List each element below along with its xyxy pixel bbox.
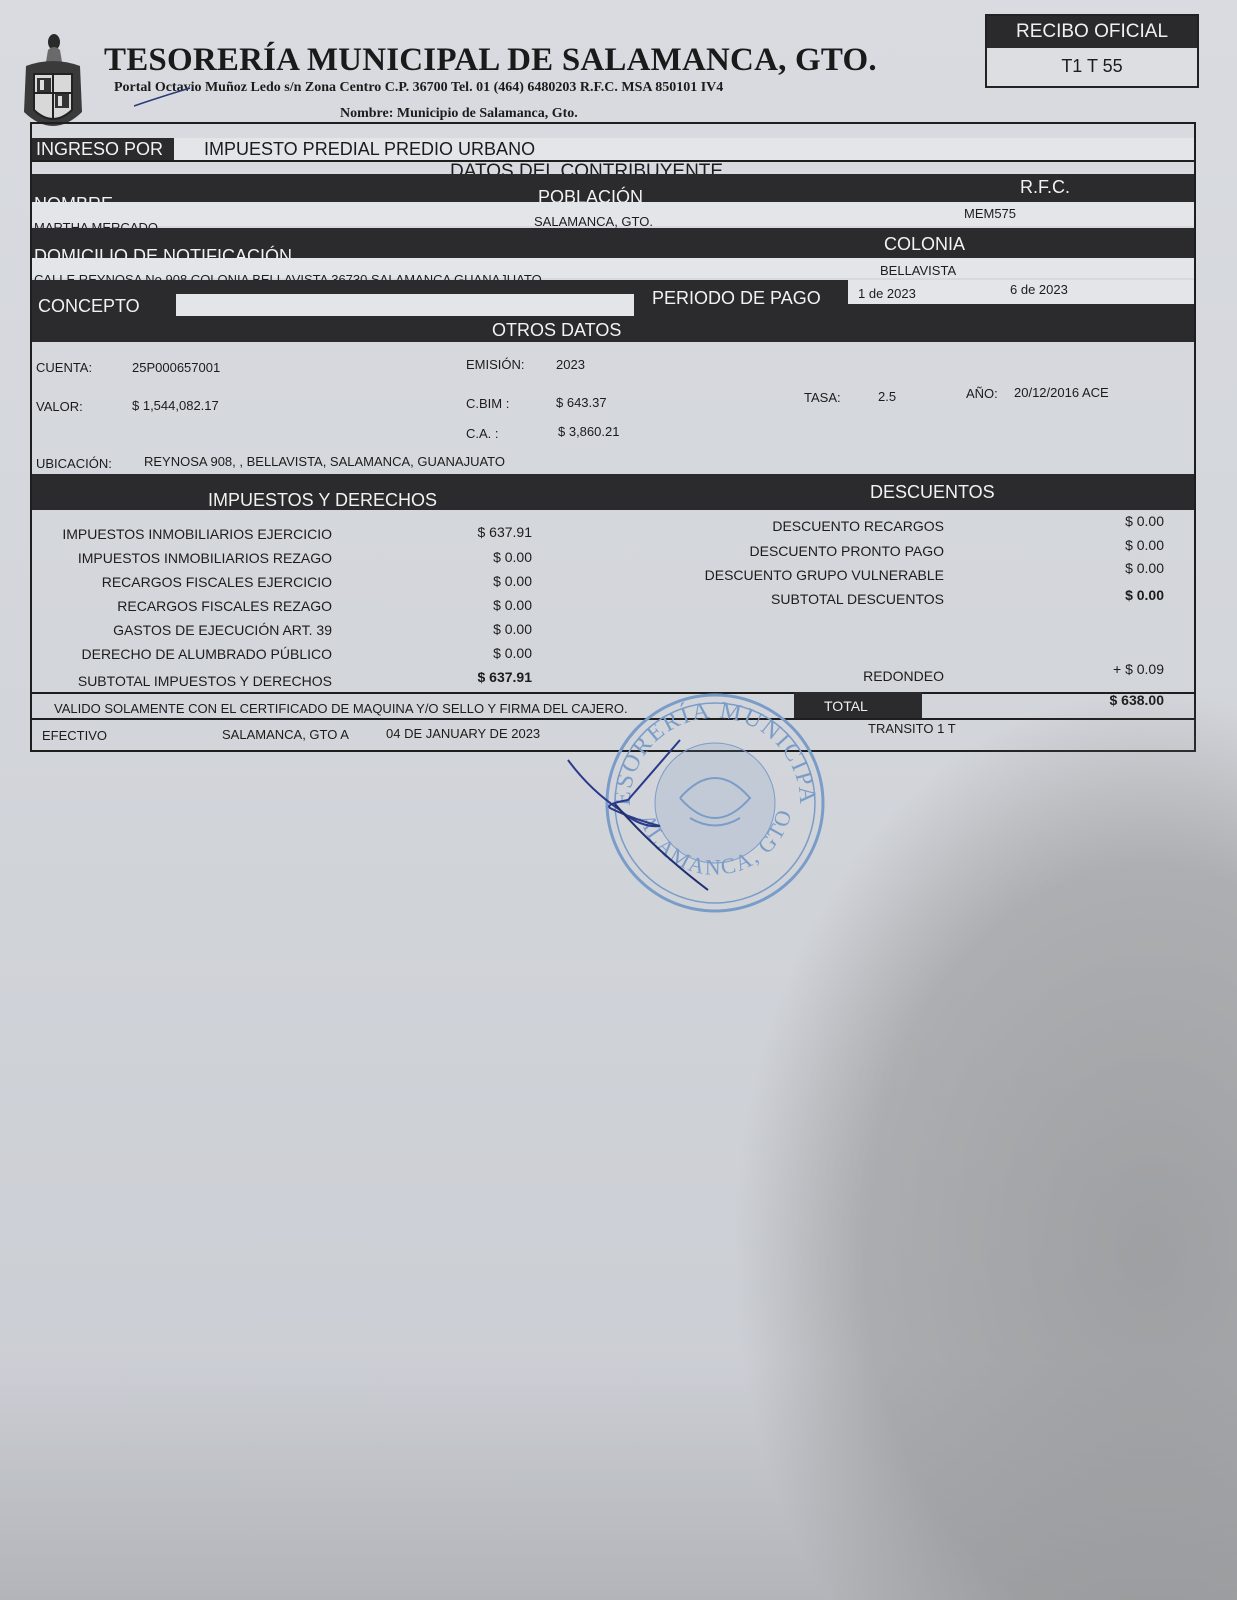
ubicacion-label: UBICACIÓN: — [36, 456, 112, 471]
cuenta-value: 25P000657001 — [132, 360, 220, 375]
redondeo-amount: + $ 0.09 — [1062, 661, 1164, 677]
descuento-item-amount: $ 0.00 — [1062, 560, 1164, 576]
impuestos-subtotal-label: SUBTOTAL IMPUESTOS Y DERECHOS — [32, 673, 332, 689]
cashier-signature — [560, 700, 760, 900]
valor-label: VALOR: — [36, 399, 83, 414]
impuesto-item-label: IMPUESTOS INMOBILIARIOS REZAGO — [32, 550, 332, 566]
periodo-hasta: 6 de 2023 — [1010, 282, 1068, 297]
ca-label: C.A. : — [466, 426, 499, 441]
impuesto-item-amount: $ 0.00 — [432, 597, 532, 613]
impuesto-item-label: RECARGOS FISCALES EJERCICIO — [32, 574, 332, 590]
receipt-label: RECIBO OFICIAL — [987, 16, 1197, 48]
impuesto-item-label: GASTOS DE EJECUCIÓN ART. 39 — [32, 622, 332, 638]
periodo-label: PERIODO DE PAGO — [652, 288, 821, 309]
valor-value: $ 1,544,082.17 — [132, 398, 219, 413]
impuesto-item-label: RECARGOS FISCALES REZAGO — [32, 598, 332, 614]
emision-label: EMISIÓN: — [466, 357, 525, 372]
concepto-field — [176, 294, 634, 316]
caja: TRANSITO 1 T — [868, 721, 956, 736]
impuesto-item-label: DERECHO DE ALUMBRADO PÚBLICO — [32, 646, 332, 662]
ubicacion-value: REYNOSA 908, , BELLAVISTA, SALAMANCA, GU… — [144, 454, 505, 469]
impuesto-item-amount: $ 0.00 — [432, 621, 532, 637]
impuestos-subtotal-amount: $ 637.91 — [432, 669, 532, 685]
lugar: SALAMANCA, GTO A — [222, 727, 349, 742]
descuento-item-label: DESCUENTO PRONTO PAGO — [672, 543, 944, 559]
rfc-value: MEM575 — [964, 206, 1016, 221]
descuentos-subtotal-label: SUBTOTAL DESCUENTOS — [672, 591, 944, 607]
pen-mark — [132, 86, 192, 108]
impuestos-descuentos-header-bar: IMPUESTOS Y DERECHOS DESCUENTOS — [32, 474, 1194, 510]
rfc-label: R.F.C. — [1020, 177, 1070, 198]
descuento-item-label: DESCUENTO GRUPO VULNERABLE — [672, 567, 944, 583]
ingreso-value: IMPUESTO PREDIAL PREDIO URBANO — [204, 139, 535, 160]
ingreso-label: INGRESO POR — [36, 139, 163, 160]
receipt-box: RECIBO OFICIAL T1 T 55 — [985, 14, 1199, 88]
receipt-form: INGRESO POR IMPUESTO PREDIAL PREDIO URBA… — [30, 122, 1196, 752]
periodo-desde: 1 de 2023 — [858, 286, 916, 301]
otros-header-bar: OTROS DATOS — [32, 316, 1194, 342]
total-amount: $ 638.00 — [1062, 692, 1164, 708]
impuesto-item-label: IMPUESTOS INMOBILIARIOS EJERCICIO — [32, 526, 332, 542]
descuento-item-label: DESCUENTO RECARGOS — [672, 518, 944, 534]
colonia-value: BELLAVISTA — [880, 263, 956, 278]
receipt-number: T1 T 55 — [987, 48, 1197, 84]
otros-section-title: OTROS DATOS — [492, 320, 621, 341]
tasa-value: 2.5 — [878, 389, 896, 404]
issuer-address: Portal Octavio Muñoz Ledo s/n Zona Centr… — [114, 80, 723, 96]
descuentos-section-title: DESCUENTOS — [870, 482, 995, 503]
anio-value: 20/12/2016 ACE — [1014, 385, 1109, 400]
impuestos-section-title: IMPUESTOS Y DERECHOS — [208, 490, 437, 511]
cuenta-label: CUENTA: — [36, 360, 92, 375]
emision-value: 2023 — [556, 357, 585, 372]
fecha: 04 DE JANUARY DE 2023 — [386, 726, 540, 741]
total-label: TOTAL — [824, 698, 868, 714]
ca-value: $ 3,860.21 — [558, 424, 619, 439]
impuesto-item-amount: $ 0.00 — [432, 645, 532, 661]
impuesto-item-amount: $ 0.00 — [432, 573, 532, 589]
impuesto-item-amount: $ 0.00 — [432, 549, 532, 565]
anio-label: AÑO: — [966, 386, 998, 401]
colonia-label: COLONIA — [884, 234, 965, 255]
issuer-name: Nombre: Municipio de Salamanca, Gto. — [340, 106, 578, 122]
cbim-value: $ 643.37 — [556, 395, 607, 410]
tasa-label: TASA: — [804, 390, 841, 405]
issuer-title: TESORERÍA MUNICIPAL DE SALAMANCA, GTO. — [104, 42, 877, 79]
descuento-item-amount: $ 0.00 — [1062, 537, 1164, 553]
forma-pago: EFECTIVO — [42, 728, 107, 743]
impuesto-item-amount: $ 637.91 — [432, 524, 532, 540]
descuento-item-amount: $ 0.00 — [1062, 513, 1164, 529]
nombre-header-bar: NOMBRE POBLACIÓN R.F.C. — [32, 174, 1194, 202]
ingreso-label-cell: INGRESO POR — [32, 138, 174, 160]
validez-note: VALIDO SOLAMENTE CON EL CERTIFICADO DE M… — [54, 701, 628, 716]
poblacion-value: SALAMANCA, GTO. — [534, 214, 653, 229]
redondeo-label: REDONDEO — [672, 668, 944, 684]
cbim-label: C.BIM : — [466, 396, 509, 411]
descuentos-subtotal-amount: $ 0.00 — [1062, 587, 1164, 603]
concepto-label: CONCEPTO — [38, 296, 140, 317]
